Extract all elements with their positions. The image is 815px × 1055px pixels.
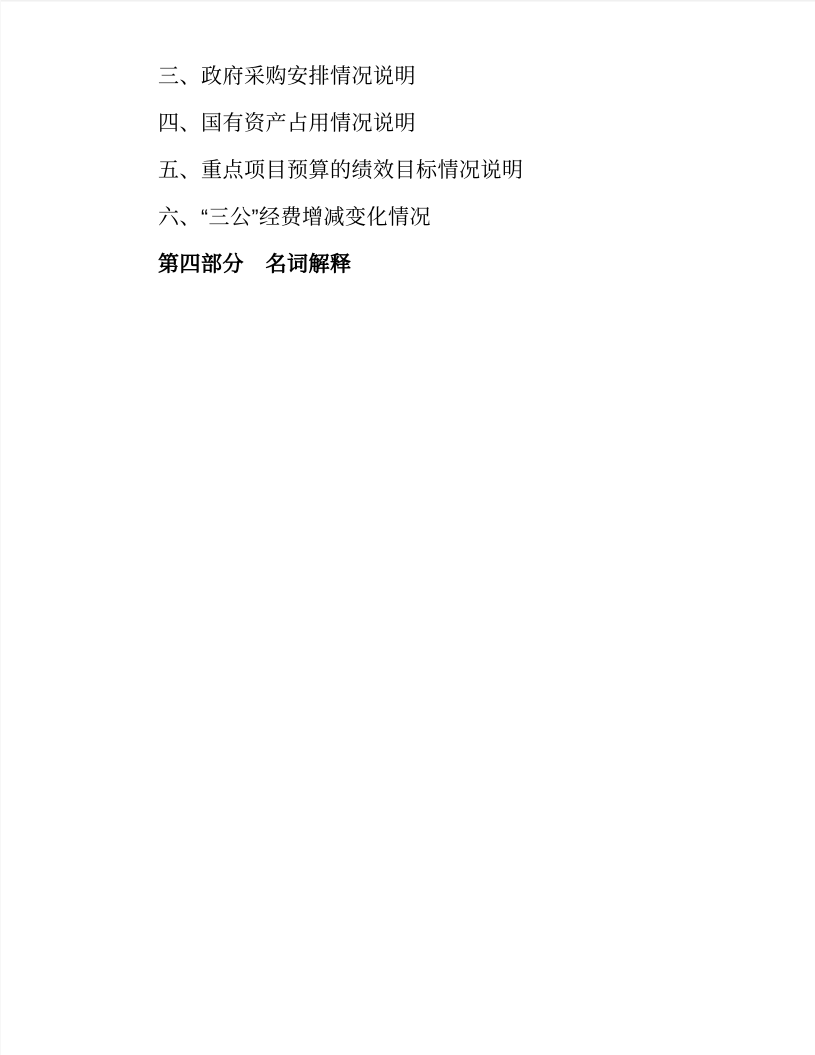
toc-item-5: 五、重点项目预算的绩效目标情况说明: [158, 147, 755, 194]
toc-item-4: 四、国有资产占用情况说明: [158, 100, 755, 147]
document-content: 三、政府采购安排情况说明 四、国有资产占用情况说明 五、重点项目预算的绩效目标情…: [158, 53, 755, 288]
page-left-edge-divider: [0, 0, 1, 1055]
section-heading-part-4: 第四部分 名词解释: [158, 241, 755, 288]
toc-item-6: 六、“三公”经费增减变化情况: [158, 194, 755, 241]
document-page: 三、政府采购安排情况说明 四、国有资产占用情况说明 五、重点项目预算的绩效目标情…: [0, 0, 815, 1055]
toc-item-3: 三、政府采购安排情况说明: [158, 53, 755, 100]
page-top-edge-divider: [0, 0, 815, 2]
